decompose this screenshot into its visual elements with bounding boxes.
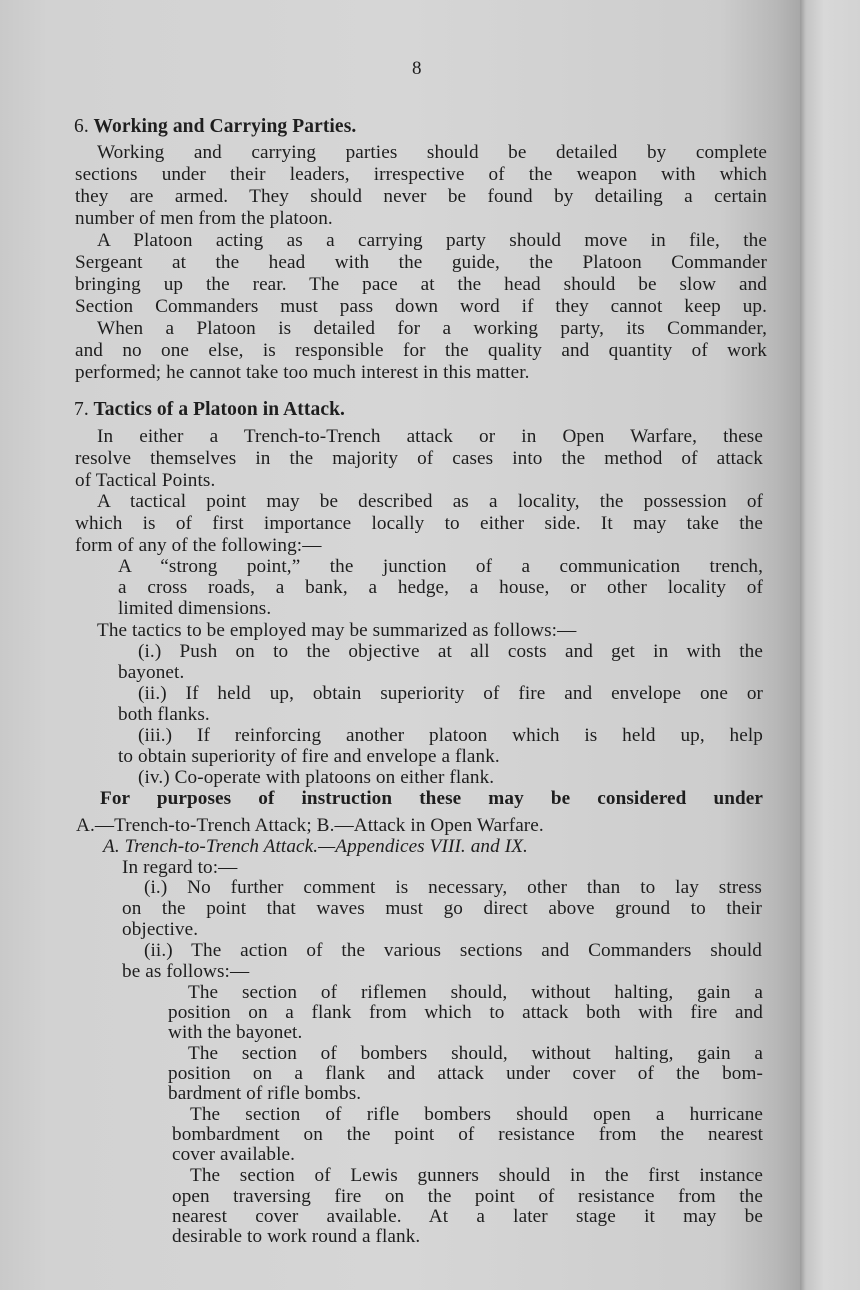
text-line: performed; he cannot take too much inter… (75, 362, 767, 384)
text-line: be as follows:— (122, 961, 762, 983)
text-line: The section of Lewis gunners should in t… (190, 1165, 763, 1187)
text-line: nearest cover available. At a later stag… (172, 1206, 763, 1228)
text-line: open traversing fire on the point of res… (172, 1186, 763, 1208)
text-line: on the point that waves must go direct a… (122, 898, 762, 920)
text-line: (i.) No further comment is necessary, ot… (144, 877, 762, 899)
text-line: bayonet. (118, 662, 763, 684)
text-line: Sergeant at the head with the guide, the… (75, 252, 767, 274)
text-line: (i.) Push on to the objective at all cos… (138, 641, 763, 663)
page-edge (800, 0, 860, 1290)
text-line: bardment of rifle bombs. (168, 1083, 763, 1105)
text-line: objective. (122, 919, 762, 941)
text-line: In either a Trench-to-Trench attack or i… (97, 426, 763, 448)
text-line: (ii.) If held up, obtain superiority of … (138, 683, 763, 705)
section-6-number: 6. (74, 116, 89, 137)
text-line: form of any of the following:— (75, 535, 763, 557)
text-line: For purposes of instruction these may be… (100, 788, 763, 810)
text-line: they are armed. They should never be fou… (75, 186, 767, 208)
page-number: 8 (412, 58, 422, 80)
text-line: desirable to work round a flank. (172, 1226, 763, 1248)
text-line: The section of rifle bombers should open… (190, 1104, 763, 1126)
text-line: both flanks. (118, 704, 763, 726)
text-line: position on a flank and attack under cov… (168, 1063, 763, 1085)
section-6-title: Working and Carrying Parties. (93, 116, 356, 137)
section-6-heading: 6. Working and Carrying Parties. (74, 116, 356, 138)
text-line: (ii.) The action of the various sections… (144, 940, 762, 962)
text-line: The section of bombers should, without h… (188, 1043, 763, 1065)
text-line: position on a flank from which to attack… (168, 1002, 763, 1024)
section-7-number: 7. (74, 399, 89, 420)
page-content: 8 6. Working and Carrying Parties. 7. Ta… (0, 0, 800, 1290)
text-line: cover available. (172, 1144, 763, 1166)
text-line: bringing up the rear. The pace at the he… (75, 274, 767, 296)
text-line: a cross roads, a bank, a hedge, a house,… (118, 577, 763, 599)
section-7-heading: 7. Tactics of a Platoon in Attack. (74, 399, 345, 421)
text-line: The section of riflemen should, without … (188, 982, 763, 1004)
text-line: limited dimensions. (118, 598, 763, 620)
text-line: resolve themselves in the majority of ca… (75, 448, 763, 470)
text-line: to obtain superiority of fire and envelo… (118, 746, 763, 768)
text-line: Working and carrying parties should be d… (97, 142, 767, 164)
text-line: Section Commanders must pass down word i… (75, 296, 767, 318)
text-line: sections under their leaders, irrespecti… (75, 164, 767, 186)
section-7-title: Tactics of a Platoon in Attack. (93, 399, 345, 420)
text-line: A tactical point may be described as a l… (97, 491, 763, 513)
text-line: A Platoon acting as a carrying party sho… (97, 230, 767, 252)
text-line: number of men from the platoon. (75, 208, 767, 230)
text-line: with the bayonet. (168, 1022, 763, 1044)
text-line: and no one else, is responsible for the … (75, 340, 767, 362)
text-line: (iv.) Co-operate with platoons on either… (138, 767, 763, 789)
text-line: A.—Trench-to-Trench Attack; B.—Attack in… (76, 815, 766, 837)
text-line: which is of first importance locally to … (75, 513, 763, 535)
text-line: A. Trench-to-Trench Attack.—Appendices V… (103, 836, 766, 858)
text-line: A “strong point,” the junction of a comm… (118, 556, 763, 578)
text-line: The tactics to be employed may be summar… (97, 620, 763, 642)
text-line: of Tactical Points. (75, 470, 763, 492)
text-line: bombardment on the point of resistance f… (172, 1124, 763, 1146)
text-line: (iii.) If reinforcing another platoon wh… (138, 725, 763, 747)
text-line: In regard to:— (122, 857, 762, 879)
text-line: When a Platoon is detailed for a working… (97, 318, 767, 340)
